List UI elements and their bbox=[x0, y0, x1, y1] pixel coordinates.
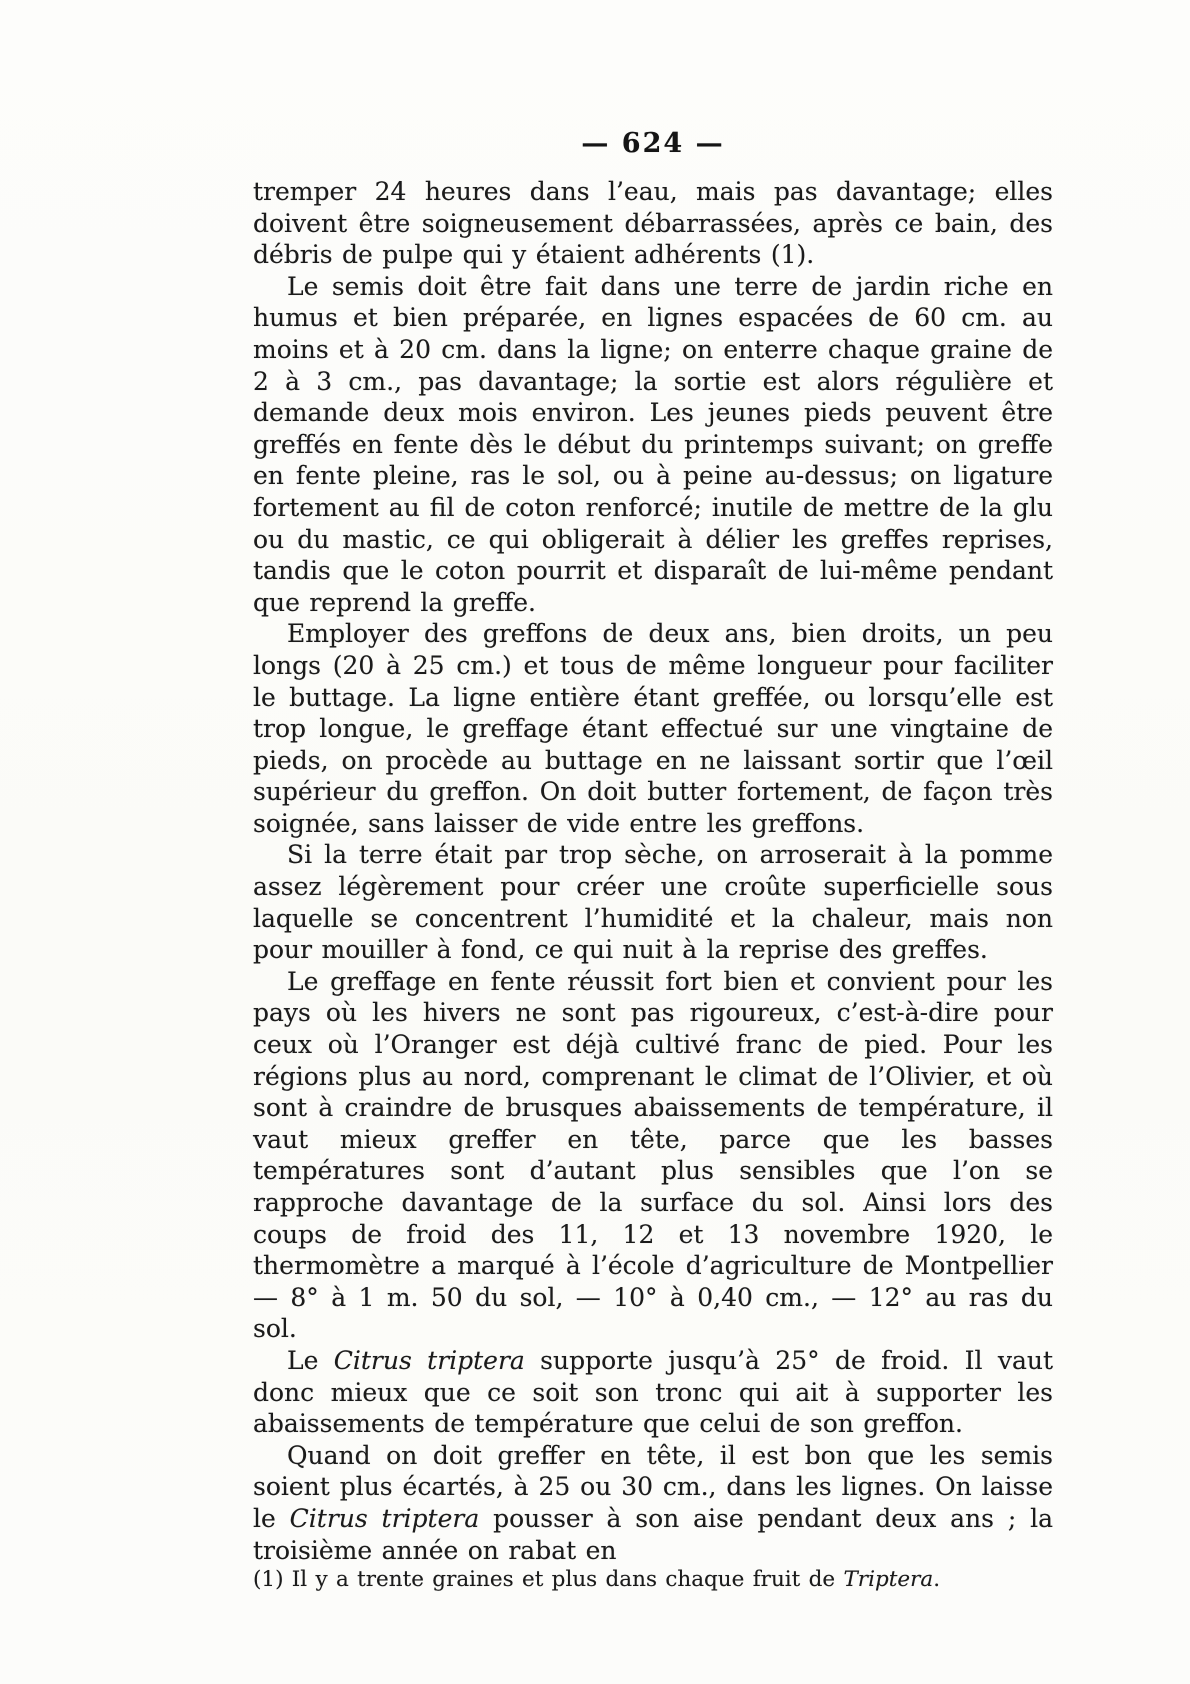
paragraph-5-text: Le greffage en fente réussit fort bien e… bbox=[253, 967, 1053, 1344]
footnote: (1) Il y a trente graines et plus dans c… bbox=[253, 1566, 1053, 1593]
paragraph-4: Si la terre était par trop sèche, on arr… bbox=[253, 839, 1053, 965]
body-text-block: tremper 24 heures dans l’eau, mais pas d… bbox=[253, 176, 1053, 1593]
paragraph-5: Le greffage en fente réussit fort bien e… bbox=[253, 966, 1053, 1345]
paragraph-2: Le semis doit être fait dans une terre d… bbox=[253, 271, 1053, 619]
footnote-text-a: (1) Il y a trente graines et plus dans c… bbox=[253, 1567, 843, 1592]
paragraph-2-text: Le semis doit être fait dans une terre d… bbox=[253, 272, 1053, 617]
species-name-citrus-triptera: Citrus triptera bbox=[290, 1504, 480, 1533]
species-name-citrus-triptera: Citrus triptera bbox=[334, 1346, 525, 1375]
paragraph-3-text: Employer des greffons de deux ans, bien … bbox=[253, 619, 1053, 838]
page-number: — 624 — bbox=[253, 128, 1053, 159]
paragraph-1-text: tremper 24 heures dans l’eau, mais pas d… bbox=[253, 177, 1053, 269]
footnote-text-b: . bbox=[933, 1567, 940, 1592]
paragraph-3: Employer des greffons de deux ans, bien … bbox=[253, 618, 1053, 839]
paragraph-7: Quand on doit greffer en tête, il est bo… bbox=[253, 1440, 1053, 1566]
paragraph-6-text-a: Le bbox=[287, 1346, 334, 1375]
scanned-book-page: — 624 — tremper 24 heures dans l’eau, ma… bbox=[0, 0, 1190, 1684]
paragraph-6: Le Citrus triptera supporte jusqu’à 25° … bbox=[253, 1345, 1053, 1440]
paragraph-1: tremper 24 heures dans l’eau, mais pas d… bbox=[253, 176, 1053, 271]
paragraph-4-text: Si la terre était par trop sèche, on arr… bbox=[253, 840, 1053, 964]
species-name-triptera: Triptera bbox=[843, 1567, 933, 1592]
